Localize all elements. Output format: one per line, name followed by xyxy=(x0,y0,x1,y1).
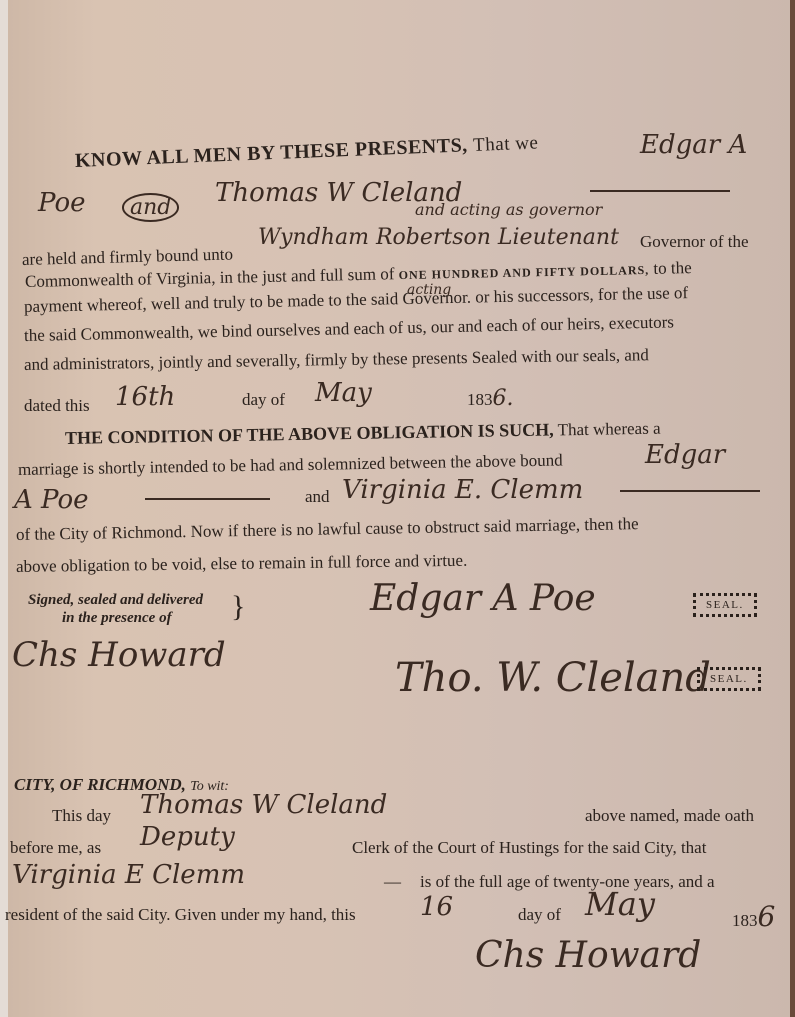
hand-poe: Poe xyxy=(38,188,85,218)
dash: — xyxy=(384,872,401,892)
to-the-text: to the xyxy=(653,258,692,278)
affidavit-day-of: day of xyxy=(518,905,561,925)
seal-box-2: SEAL. xyxy=(697,667,761,691)
hand-day-16th: 16th xyxy=(115,382,175,412)
blank-line xyxy=(590,190,730,192)
before-me: before me, as xyxy=(10,838,101,858)
blank-line xyxy=(620,490,760,492)
hand-edgar: Edgar xyxy=(645,440,725,470)
year: 1836. xyxy=(467,386,514,411)
year-prefix: 183 xyxy=(467,390,493,409)
hand-edgar-a: Edgar A xyxy=(640,130,747,160)
signature-edgar-poe: Edgar A Poe xyxy=(370,578,596,619)
hand-a-poe: A Poe xyxy=(14,485,89,515)
hand-wyndham-robertson: Wyndham Robertson Lieutenant xyxy=(258,225,619,250)
blank-line xyxy=(145,498,270,500)
hand-deputy: Deputy xyxy=(140,822,235,852)
page-edge-right xyxy=(790,0,795,1017)
resident-given: resident of the said City. Given under m… xyxy=(5,905,356,925)
this-day: This day xyxy=(52,806,111,826)
full-age: is of the full age of twenty-one years, … xyxy=(420,872,715,892)
hand-virginia-clemm-affidavit: Virginia E Clemm xyxy=(12,860,245,890)
bond-heading: KNOW ALL MEN BY THESE PRESENTS, That we xyxy=(75,131,539,173)
hand-thomas-cleland-affidavit: Thomas W Cleland xyxy=(140,790,387,820)
signed-label-1: Signed, sealed and delivered xyxy=(28,592,203,609)
signed-label-2: in the presence of xyxy=(62,610,172,627)
witness-signature: Chs Howard xyxy=(12,635,226,675)
hand-and-circled: and xyxy=(122,193,179,222)
hand-virginia-clemm: Virginia E. Clemm xyxy=(342,475,583,505)
line-bound: are held and firmly bound unto xyxy=(22,244,233,270)
above-named: above named, made oath xyxy=(585,806,754,826)
bond-heading-text: KNOW ALL MEN BY THESE PRESENTS, xyxy=(75,134,469,172)
affidavit-year: 1836 xyxy=(732,900,775,933)
signature-thomas-cleland: Tho. W. Cleland xyxy=(395,655,711,701)
and-text: and xyxy=(305,487,330,507)
hand-acting-governor: and acting as governor xyxy=(415,200,602,219)
hand-month-may: May xyxy=(315,378,372,408)
clerk-court-hustings: Clerk of the Court of Hustings for the s… xyxy=(352,838,706,858)
line-city-richmond: of the City of Richmond. Now if there is… xyxy=(16,514,639,545)
condition-heading: THE CONDITION OF THE ABOVE OBLIGATION IS… xyxy=(65,418,661,449)
clerk-signature: Chs Howard xyxy=(475,935,701,976)
hand-day-16: 16 xyxy=(420,892,453,922)
that-we-text: That we xyxy=(473,132,539,156)
seal-box-1: SEAL. xyxy=(693,593,757,617)
hand-year-digit: 6. xyxy=(493,386,514,411)
hand-year-digit: 6 xyxy=(758,900,776,933)
line-administrators: and administrators, jointly and severall… xyxy=(24,345,649,375)
hand-month-may-affidavit: May xyxy=(585,885,655,923)
governor-of-the: Governor of the xyxy=(640,232,749,252)
day-of: day of xyxy=(242,390,285,410)
line-said-commonwealth: the said Commonwealth, we bind ourselves… xyxy=(24,312,674,346)
condition-heading-text: THE CONDITION OF THE ABOVE OBLIGATION IS… xyxy=(65,419,554,448)
line-void: above obligation to be void, else to rem… xyxy=(16,551,468,577)
page-edge-left xyxy=(0,0,8,1017)
brace: } xyxy=(231,590,245,624)
sum-amount: ONE HUNDRED AND FIFTY DOLLARS, xyxy=(399,263,650,282)
year-prefix: 183 xyxy=(732,911,758,930)
that-whereas-text: That whereas a xyxy=(557,419,660,440)
dated-this: dated this xyxy=(24,396,90,416)
